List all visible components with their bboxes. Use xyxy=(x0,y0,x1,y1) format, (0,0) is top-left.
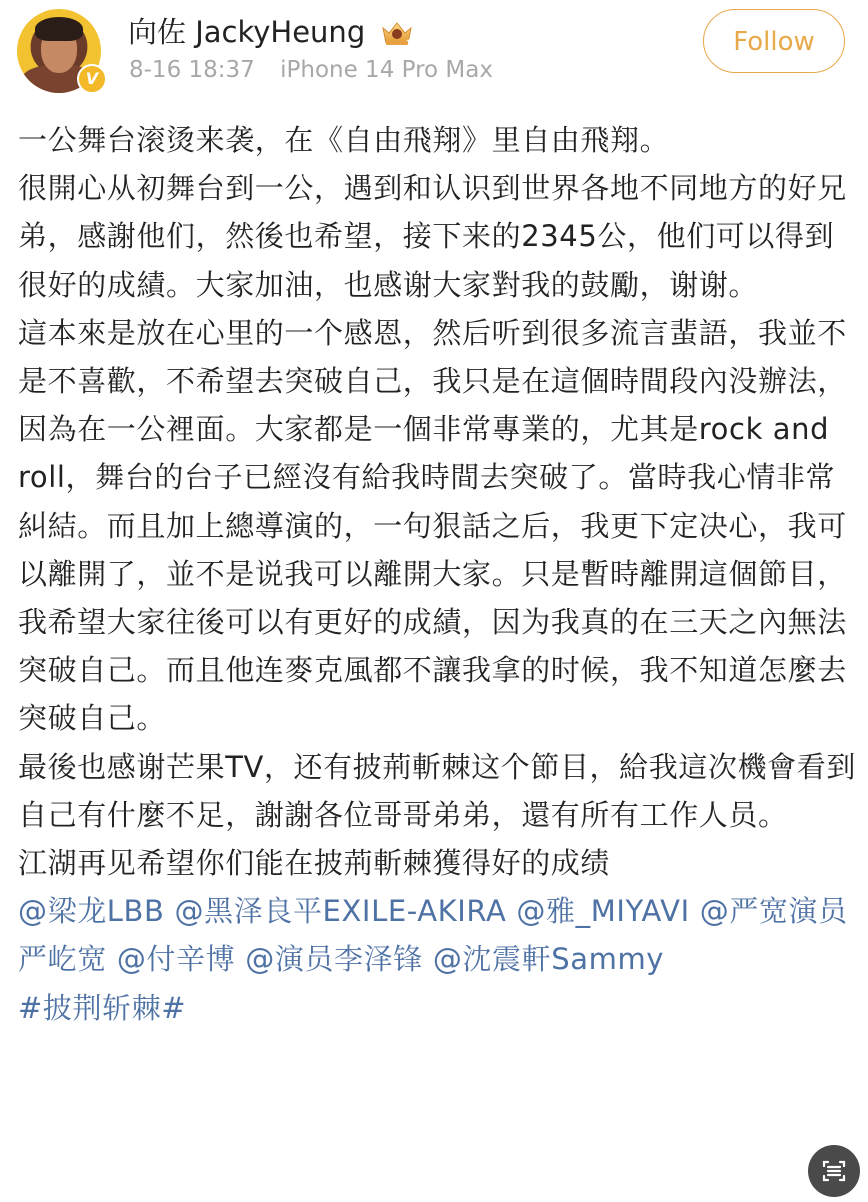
verified-badge-icon: V xyxy=(77,64,107,94)
avatar-hair xyxy=(35,17,83,41)
post-header: V 向佐 JackyHeung 1 8-16 18:37 iPhone 14 P… xyxy=(0,0,868,110)
text-scan-button[interactable] xyxy=(808,1145,860,1197)
post-paragraph: 最後也感谢芒果TV，还有披荊斬棘这个節目，給我這次機會看到自己有什麼不足，謝謝各… xyxy=(18,743,858,839)
crown-badge-icon[interactable]: 1 xyxy=(380,17,414,45)
mention-link[interactable]: @沈震軒Sammy xyxy=(433,942,664,976)
mention-link[interactable]: @黑泽良平EXILE-AKIRA xyxy=(175,894,507,928)
mention-link[interactable]: @付辛博 xyxy=(117,942,235,976)
post-timestamp: 8-16 18:37 xyxy=(129,57,255,83)
post-paragraph: 江湖再见希望你们能在披荊斬棘獲得好的成绩 xyxy=(18,839,858,887)
post-paragraph: 一公舞台滚烫来袭，在《自由飛翔》里自由飛翔。 xyxy=(18,116,858,164)
mention-link[interactable]: @演员李泽锋 xyxy=(245,942,423,976)
post-meta: 8-16 18:37 iPhone 14 Pro Max xyxy=(129,57,493,83)
username-text: 向佐 JackyHeung xyxy=(128,15,365,49)
mention-link[interactable]: @梁龙LBB xyxy=(18,894,165,928)
text-scan-icon xyxy=(808,1145,860,1197)
post-device: iPhone 14 Pro Max xyxy=(280,57,493,83)
svg-text:1: 1 xyxy=(406,38,411,47)
post-paragraph: 很開心从初舞台到一公，遇到和认识到世界各地不同地方的好兄弟，感謝他们，然後也希望… xyxy=(18,164,858,309)
username[interactable]: 向佐 JackyHeung 1 xyxy=(128,12,414,52)
hashtag-link[interactable]: #披荆斩棘# xyxy=(18,984,858,1032)
mentions-list: @梁龙LBB@黑泽良平EXILE-AKIRA@雅_MIYAVI@严宽演员严屹宽@… xyxy=(18,887,858,983)
mention-link[interactable]: @雅_MIYAVI xyxy=(516,894,689,928)
follow-button[interactable]: Follow xyxy=(703,9,845,73)
post-body: 一公舞台滚烫来袭，在《自由飛翔》里自由飛翔。 很開心从初舞台到一公，遇到和认识到… xyxy=(18,116,858,1032)
post-paragraph: 這本來是放在心里的一个感恩，然后听到很多流言蜚語，我並不是不喜歡，不希望去突破自… xyxy=(18,309,858,743)
